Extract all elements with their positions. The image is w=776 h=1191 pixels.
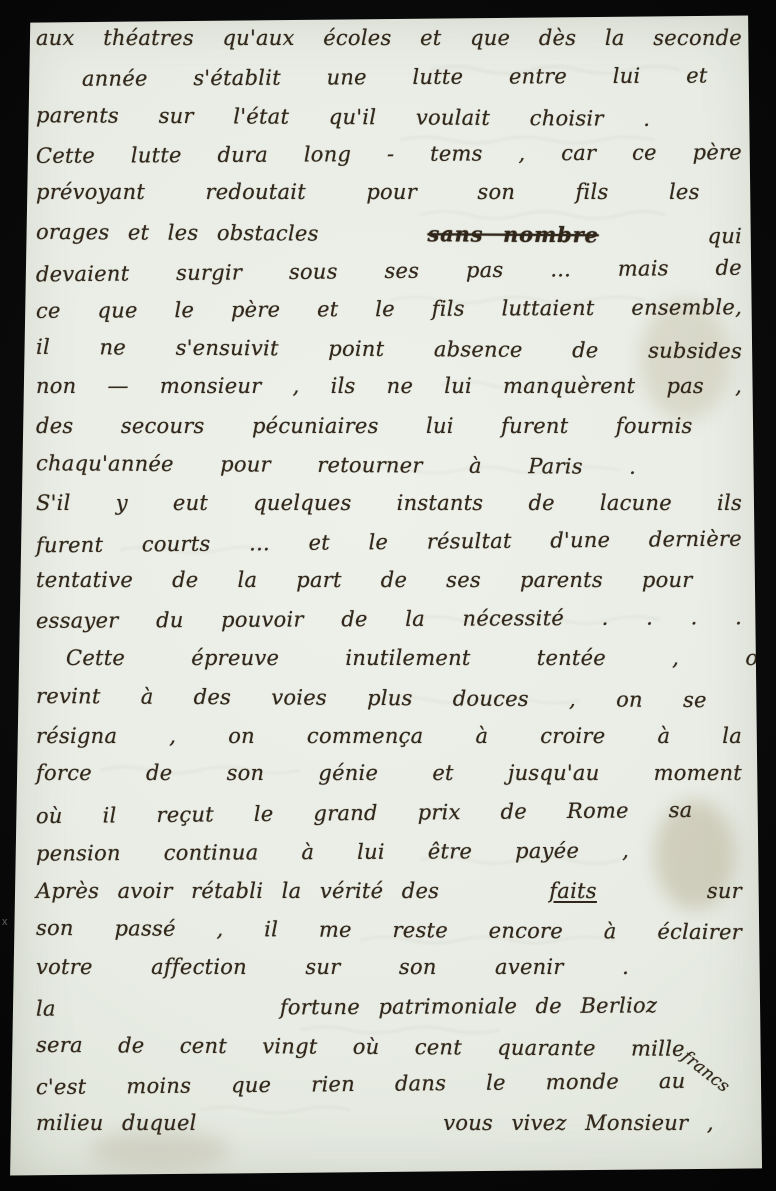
letter-page: aux théatres qu'aux écoles et que dès la… bbox=[0, 0, 776, 1191]
manuscript-line: tentative de la part de ses parents pour bbox=[36, 568, 693, 605]
manuscript-line: revint à des voies plus douces , on se bbox=[36, 684, 707, 725]
text-segment: fortune patrimoniale de Berlioz bbox=[280, 993, 658, 1019]
text-segment: qui bbox=[707, 224, 742, 248]
text-segment: sur bbox=[707, 879, 742, 903]
text-segment: tentative de la part de ses parents pour bbox=[36, 568, 693, 592]
manuscript-line: votre affection sur son avenir . bbox=[36, 955, 629, 992]
manuscript-line: sera de cent vingt où cent quarante mill… bbox=[36, 1032, 742, 1073]
manuscript-line: milieu duquelvous vivez Monsieur , bbox=[36, 1111, 714, 1148]
text-segment: ce que le père et le fils luttaient ense… bbox=[36, 295, 742, 323]
manuscript-line: Cette épreuve inutilement tentée , on bbox=[36, 646, 772, 683]
text-segment: Après avoir rétabli la vérité des bbox=[36, 879, 439, 903]
manuscript-scan: x aux théatres qu'aux écoles et que dès … bbox=[0, 0, 776, 1191]
text-segment: résigna , on commença à croire à la bbox=[36, 724, 742, 748]
manuscript-line: ce que le père et le fils luttaient ense… bbox=[36, 295, 742, 336]
manuscript-line: pension continua à lui être payée , bbox=[36, 838, 629, 878]
manuscript-line: Cette lutte dura long - tems , car ce pè… bbox=[36, 140, 742, 181]
text-segment: force de son génie et jusqu'au moment bbox=[36, 761, 742, 785]
text-segment: orages et les obstacles bbox=[36, 220, 319, 246]
manuscript-line: des secours pécuniaires lui furent fourn… bbox=[36, 414, 693, 451]
margin-mark: x bbox=[2, 916, 8, 928]
text-segment: parents sur l'état qu'il voulait choisir… bbox=[36, 103, 650, 131]
text-segment: devaient surgir sous ses pas ... mais de bbox=[36, 255, 742, 286]
manuscript-line: non — monsieur , ils ne lui manquèrent p… bbox=[36, 374, 742, 411]
manuscript-line: orages et les obstaclessans nombrequi bbox=[36, 219, 742, 260]
text-segment: son passé , il me reste encore à éclaire… bbox=[36, 916, 742, 944]
text-segment: Cette lutte dura long - tems , car ce pè… bbox=[36, 140, 742, 168]
struck-word: sans nombre bbox=[427, 221, 598, 247]
manuscript-line: essayer du pouvoir de la nécessité . . .… bbox=[36, 605, 742, 646]
manuscript-line: c'est moins que rien dans le monde au bbox=[36, 1069, 686, 1112]
text-segment: prévoyant redoutait pour son fils les bbox=[36, 180, 700, 204]
text-segment: la bbox=[36, 996, 56, 1020]
manuscript-line: aux théatres qu'aux écoles et que dès la… bbox=[36, 26, 742, 63]
text-segment: votre affection sur son avenir . bbox=[36, 955, 629, 979]
text-segment: vous vivez Monsieur , bbox=[443, 1111, 714, 1135]
text-segment: sera de cent vingt où cent quarante mill… bbox=[36, 1032, 685, 1060]
manuscript-line: parents sur l'état qu'il voulait choisir… bbox=[36, 103, 650, 144]
text-segment: essayer du pouvoir de la nécessité . . .… bbox=[36, 605, 742, 633]
text-segment: furent courts ... et le résultat d'une d… bbox=[36, 526, 742, 557]
text-segment: revint à des voies plus douces , on se bbox=[36, 684, 707, 712]
text-segment: aux théatres qu'aux écoles et que dès la… bbox=[36, 26, 742, 50]
manuscript-line: où il reçut le grand prix de Rome sa bbox=[36, 798, 693, 841]
manuscript-line: S'il y eut quelques instants de lacune i… bbox=[36, 491, 742, 528]
text-segment: S'il y eut quelques instants de lacune i… bbox=[36, 491, 742, 515]
manuscript-line: son passé , il me reste encore à éclaire… bbox=[36, 916, 742, 957]
text-segment: c'est moins que rien dans le monde au bbox=[36, 1069, 686, 1099]
manuscript-line: chaqu'année pour retourner à Paris . bbox=[36, 451, 636, 492]
manuscript-line: prévoyant redoutait pour son fils les bbox=[36, 180, 700, 217]
text-segment: des secours pécuniaires lui furent fourn… bbox=[36, 414, 693, 438]
text-segment: où il reçut le grand prix de Rome sa bbox=[36, 798, 693, 828]
manuscript-line: résigna , on commença à croire à la bbox=[36, 724, 742, 761]
letter-body: aux théatres qu'aux écoles et que dès la… bbox=[36, 26, 742, 1148]
text-segment: milieu duquel bbox=[36, 1111, 197, 1135]
manuscript-line: lafortune patrimoniale de Berlioz bbox=[36, 993, 657, 1033]
manuscript-line: année s'établit une lutte entre lui et s… bbox=[36, 63, 776, 104]
text-segment: pension continua à lui être payée , bbox=[36, 838, 629, 865]
manuscript-line: furent courts ... et le résultat d'une d… bbox=[36, 526, 742, 570]
text-segment: non — monsieur , ils ne lui manquèrent p… bbox=[36, 374, 742, 398]
text-segment: il ne s'ensuivit point absence de subsid… bbox=[36, 335, 742, 363]
underlined-word: faits bbox=[549, 879, 597, 903]
manuscript-line: il ne s'ensuivit point absence de subsid… bbox=[36, 335, 742, 376]
manuscript-line: force de son génie et jusqu'au moment bbox=[36, 761, 742, 798]
manuscript-line: devaient surgir sous ses pas ... mais de bbox=[36, 255, 742, 299]
text-segment: Cette épreuve inutilement tentée , on bbox=[66, 646, 772, 670]
manuscript-line: Après avoir rétabli la vérité desfaitssu… bbox=[36, 879, 742, 916]
text-segment: chaqu'année pour retourner à Paris . bbox=[36, 451, 636, 479]
text-segment: année s'établit une lutte entre lui et s… bbox=[82, 63, 776, 91]
